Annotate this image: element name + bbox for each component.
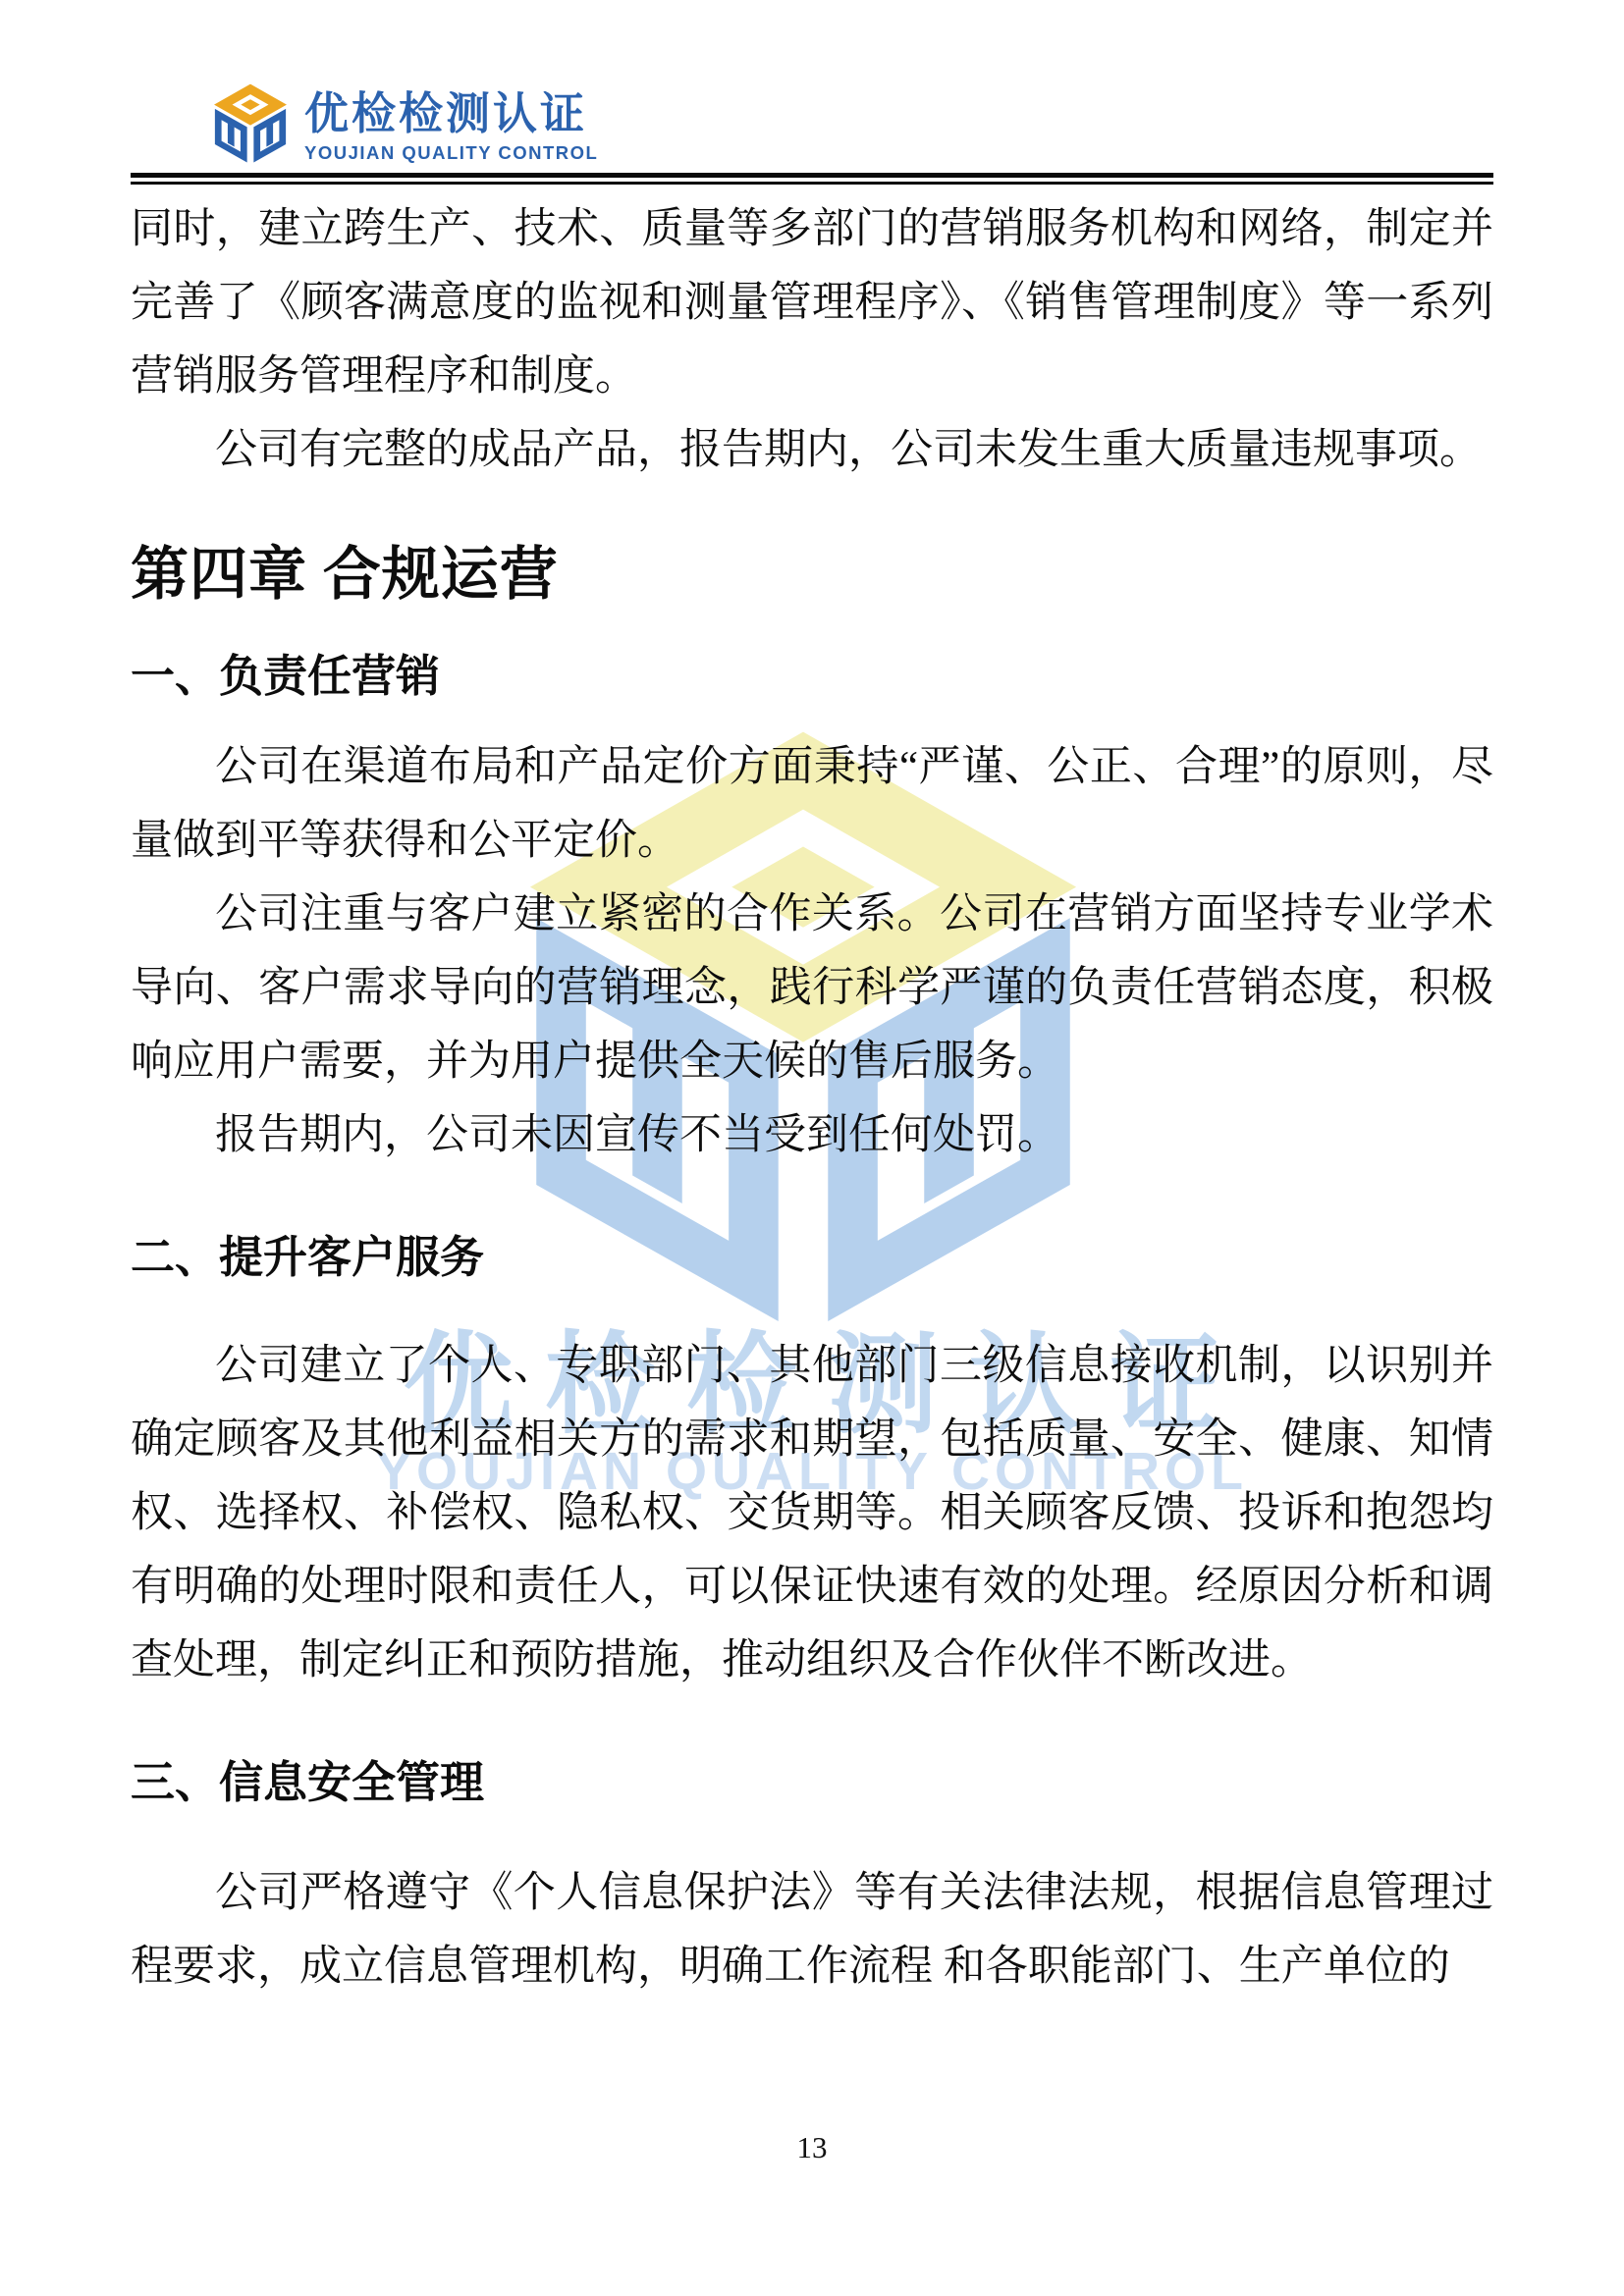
brand-logo: 优检检测认证 YOUJIAN QUALITY CONTROL [209, 79, 598, 169]
brand-cube-icon [209, 79, 292, 169]
section-title-2: 二、提升客户服务 [131, 1227, 1493, 1288]
document-body: 同时，建立跨生产、技术、质量等多部门的营销服务机构和网络，制定并完善了《顾客满意… [131, 192, 1493, 2003]
paragraph: 公司严格遵守《个人信息保护法》等有关法律法规，根据信息管理过程要求，成立信息管理… [131, 1856, 1493, 2003]
brand-name-cn: 优检检测认证 [304, 90, 598, 139]
document-page: 优检检测认证 YOUJIAN QUALITY CONTROL 优检检测认证 YO… [0, 0, 1624, 2296]
section-title-1: 一、负责任营销 [131, 646, 1493, 707]
brand-text-block: 优检检测认证 YOUJIAN QUALITY CONTROL [304, 79, 598, 162]
paragraph-intro-1: 同时，建立跨生产、技术、质量等多部门的营销服务机构和网络，制定并完善了《顾客满意… [131, 192, 1493, 413]
paragraph: 公司注重与客户建立紧密的合作关系。公司在营销方面坚持专业学术导向、客户需求导向的… [131, 878, 1493, 1098]
chapter-title: 第四章 合规运营 [131, 534, 1493, 614]
paragraph-intro-2: 公司有完整的成品产品，报告期内，公司未发生重大质量违规事项。 [131, 413, 1493, 487]
header-divider [131, 173, 1493, 185]
page-number: 13 [0, 2130, 1624, 2165]
paragraph: 公司建立了个人、专职部门、其他部门三级信息接收机制，以识别并确定顾客及其他利益相… [131, 1329, 1493, 1697]
paragraph: 公司在渠道布局和产品定价方面秉持“严谨、公正、合理”的原则，尽量做到平等获得和公… [131, 730, 1493, 878]
section-title-3: 三、信息安全管理 [131, 1752, 1493, 1813]
paragraph: 报告期内，公司未因宣传不当受到任何处罚。 [131, 1098, 1493, 1172]
brand-name-en: YOUJIAN QUALITY CONTROL [304, 144, 598, 163]
